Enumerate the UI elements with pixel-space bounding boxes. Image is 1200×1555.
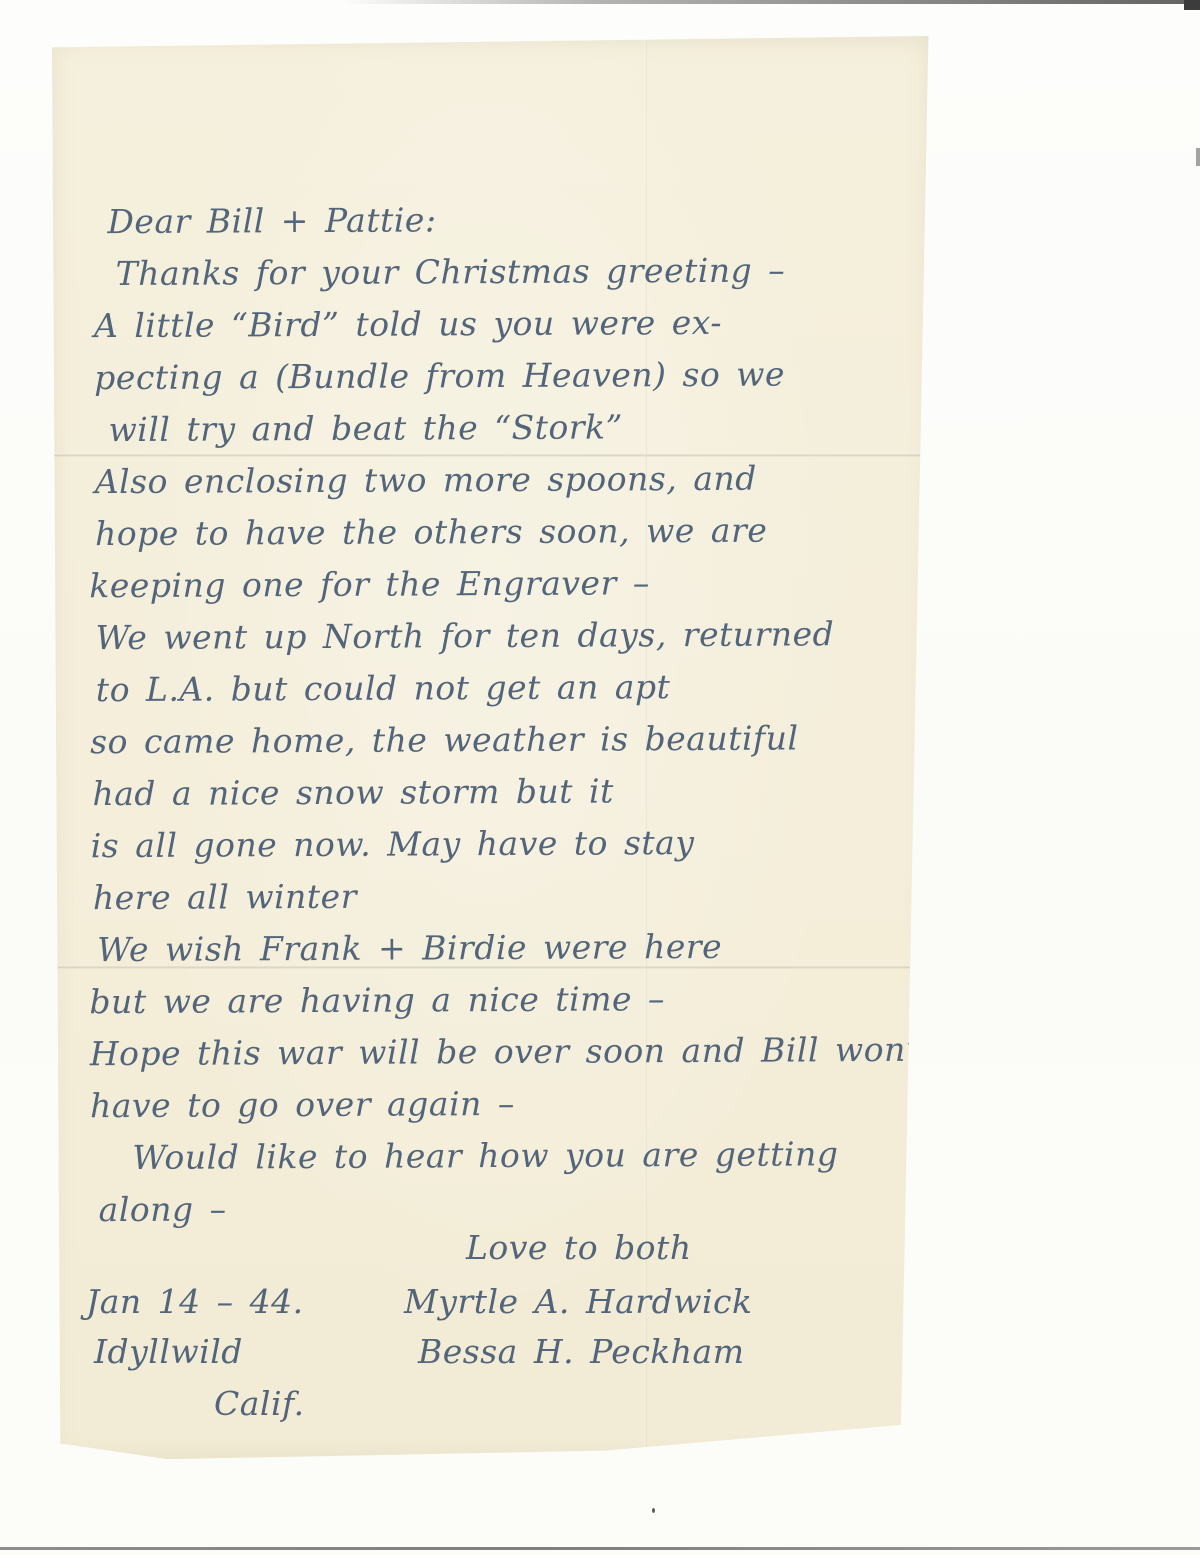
letter-line: to L.A. but could not get an apt bbox=[96, 660, 929, 716]
letter-line: so came home, the weather is beautiful bbox=[90, 712, 929, 768]
letter-line: Also enclosing two more spoons, and bbox=[95, 452, 928, 508]
letter-line: pecting a (Bundle from Heaven) so we bbox=[94, 348, 927, 404]
signature-bessa: Bessa H. Peckham bbox=[418, 1332, 745, 1371]
letter-sheet: Dear Bill + Pattie: Thanks for your Chri… bbox=[48, 36, 932, 1462]
letter-line: We went up North for ten days, returned bbox=[95, 608, 928, 664]
scanner-corner-artifact bbox=[1184, 0, 1200, 10]
letter-line: but we are having a nice time – bbox=[89, 972, 930, 1028]
place-city: Idyllwild bbox=[94, 1332, 243, 1371]
letter-line: here all winter bbox=[93, 868, 930, 924]
scanned-letter-page: Dear Bill + Pattie: Thanks for your Chri… bbox=[0, 0, 1200, 1555]
letter-line: have to go over again – bbox=[90, 1076, 931, 1132]
letter-body: Dear Bill + Pattie: Thanks for your Chri… bbox=[85, 192, 931, 1236]
letter-line: Thanks for your Christmas greeting – bbox=[116, 244, 927, 300]
scanner-top-edge-artifact bbox=[340, 0, 1200, 4]
scanner-bottom-edge-artifact bbox=[0, 1547, 1200, 1550]
place-state: Calif. bbox=[214, 1384, 305, 1423]
scanner-edge-artifact bbox=[1196, 148, 1200, 166]
letter-line: hope to have the others soon, we are bbox=[95, 504, 928, 560]
letter-line: We wish Frank + Birdie were here bbox=[97, 920, 930, 976]
date-line: Jan 14 – 44. bbox=[86, 1282, 304, 1321]
signature-myrtle: Myrtle A. Hardwick bbox=[404, 1282, 752, 1321]
closing-sentiment: Love to both bbox=[466, 1228, 692, 1267]
letter-line: Would like to hear how you are getting bbox=[132, 1128, 931, 1184]
letter-line: will try and beat the “Stork” bbox=[108, 400, 927, 456]
letter-line: A little “Bird” told us you were ex- bbox=[94, 296, 927, 352]
letter-line: had a nice snow storm but it bbox=[92, 764, 929, 820]
letter-line: is all gone now. May have to stay bbox=[91, 816, 930, 872]
salutation: Dear Bill + Pattie: bbox=[107, 192, 926, 248]
dust-speck bbox=[652, 1508, 655, 1513]
letter-line: keeping one for the Engraver – bbox=[89, 556, 928, 612]
letter-line: Hope this war will be over soon and Bill… bbox=[90, 1024, 931, 1080]
